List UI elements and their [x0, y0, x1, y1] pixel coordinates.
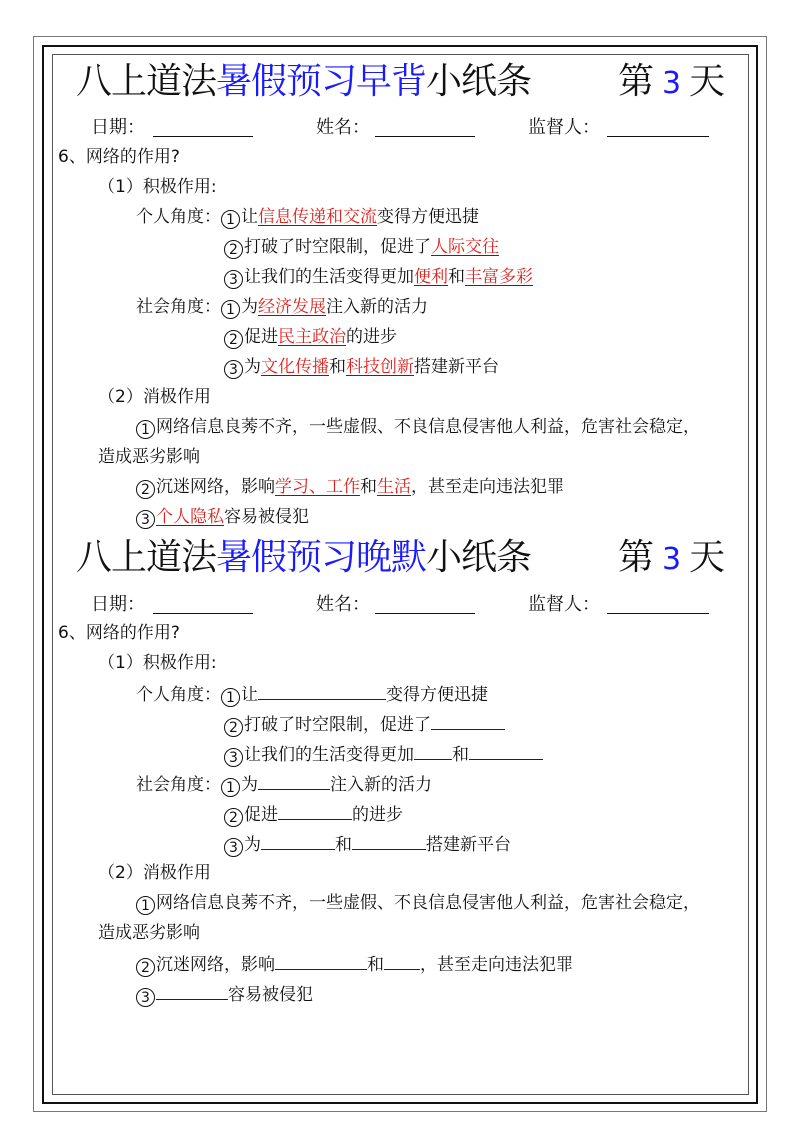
- answer-text: 信息传递和交流: [258, 207, 377, 227]
- circled-number: 2: [136, 958, 155, 977]
- fill-in-blank[interactable]: [278, 801, 352, 820]
- day-number: 3: [662, 542, 681, 577]
- social-item-1: 社会角度：1为注入新的活力: [136, 771, 432, 795]
- circled-number: 3: [224, 748, 243, 767]
- negative-heading: （2）消极作用: [98, 861, 211, 885]
- date-label: 日期：: [91, 593, 145, 617]
- text: 搭建新平台: [414, 357, 499, 377]
- text: 和: [448, 267, 465, 287]
- answer-text: 科技创新: [346, 357, 414, 377]
- circled-number: 2: [224, 808, 243, 827]
- answer-text: 便利: [414, 267, 448, 287]
- social-item-3: 3为和搭建新平台: [224, 831, 511, 855]
- title-suffix: 小纸条: [426, 61, 531, 102]
- answer-text: 文化传播: [261, 357, 329, 377]
- text: ，甚至走向违法犯罪: [420, 955, 573, 975]
- circled-number: 1: [136, 420, 155, 439]
- name-label: 姓名：: [316, 593, 370, 617]
- question-heading: 6、网络的作用?: [58, 145, 180, 169]
- text: 网络信息良莠不齐，一些虚假、不良信息侵害他人利益，危害社会稳定，: [156, 893, 700, 913]
- negative-item-1-cont: 造成恶劣影响: [98, 921, 200, 945]
- fill-in-blank[interactable]: [414, 741, 452, 760]
- morning-title: 八上道法暑假预习早背小纸条: [76, 60, 531, 104]
- name-field[interactable]: [375, 136, 475, 137]
- morning-day-counter: 第3天: [618, 60, 725, 104]
- text: 打破了时空限制，促进了: [244, 237, 431, 257]
- text: 网络信息良莠不齐，一些虚假、不良信息侵害他人利益，危害社会稳定，: [156, 417, 700, 437]
- evening-title: 八上道法暑假预习晚默小纸条: [76, 536, 531, 580]
- negative-heading: （2）消极作用: [98, 385, 211, 409]
- text: 容易被侵犯: [224, 507, 309, 527]
- negative-item-3: 3个人隐私容易被侵犯: [136, 505, 309, 529]
- title-prefix: 八上道法: [76, 537, 216, 578]
- fill-in-blank[interactable]: [469, 741, 543, 760]
- fill-in-blank[interactable]: [258, 681, 386, 700]
- text: 沉迷网络，影响: [156, 477, 275, 497]
- supervisor-field[interactable]: [607, 136, 709, 137]
- text: 为: [241, 775, 258, 795]
- circled-number: 1: [221, 688, 240, 707]
- text: 和: [329, 357, 346, 377]
- date-label: 日期：: [91, 116, 145, 140]
- positive-heading: （1）积极作用:: [98, 175, 217, 199]
- question-heading: 6、网络的作用?: [58, 621, 180, 645]
- circled-number: 1: [221, 778, 240, 797]
- social-item-3: 3为文化传播和科技创新搭建新平台: [224, 355, 499, 379]
- answer-text: 个人隐私: [156, 507, 224, 527]
- personal-item-1: 个人角度：1让变得方便迅捷: [136, 681, 488, 705]
- text: 的进步: [346, 327, 397, 347]
- text: 让: [241, 207, 258, 227]
- fill-in-blank[interactable]: [156, 981, 228, 1000]
- text: 促进: [244, 805, 278, 825]
- personal-item-1: 个人角度：1让信息传递和交流变得方便迅捷: [136, 205, 479, 229]
- answer-text: 人际交往: [431, 237, 499, 257]
- circled-number: 3: [224, 838, 243, 857]
- supervisor-label: 监督人：: [528, 593, 600, 617]
- text: 让我们的生活变得更加: [244, 267, 414, 287]
- text: 变得方便迅捷: [386, 685, 488, 705]
- circled-number: 3: [224, 360, 243, 379]
- fill-in-blank[interactable]: [275, 951, 367, 970]
- circled-number: 2: [224, 240, 243, 259]
- answer-text: 经济发展: [258, 297, 326, 317]
- date-field[interactable]: [153, 136, 253, 137]
- day-prefix: 第: [618, 61, 654, 102]
- day-suffix: 天: [689, 61, 725, 102]
- negative-item-1-cont: 造成恶劣影响: [98, 445, 200, 469]
- text: 为: [244, 357, 261, 377]
- circled-number: 1: [221, 300, 240, 319]
- answer-text: 生活: [377, 477, 411, 497]
- circled-number: 1: [221, 210, 240, 229]
- fill-in-blank[interactable]: [384, 951, 420, 970]
- title-prefix: 八上道法: [76, 61, 216, 102]
- supervisor-field[interactable]: [607, 613, 709, 614]
- name-label: 姓名：: [316, 116, 370, 140]
- negative-item-1: 1网络信息良莠不齐，一些虚假、不良信息侵害他人利益，危害社会稳定，: [136, 891, 700, 915]
- text: 让: [241, 685, 258, 705]
- social-label: 社会角度：: [136, 775, 221, 795]
- supervisor-label: 监督人：: [528, 116, 600, 140]
- text: 沉迷网络，影响: [156, 955, 275, 975]
- title-highlight: 暑假预习晚默: [216, 537, 426, 578]
- title-suffix: 小纸条: [426, 537, 531, 578]
- day-suffix: 天: [689, 537, 725, 578]
- text: 让我们的生活变得更加: [244, 745, 414, 765]
- personal-item-3: 3让我们的生活变得更加便利和丰富多彩: [224, 265, 533, 289]
- fill-in-blank[interactable]: [431, 711, 505, 730]
- circled-number: 1: [136, 896, 155, 915]
- date-field[interactable]: [153, 613, 253, 614]
- evening-day-counter: 第3天: [618, 536, 725, 580]
- text: 变得方便迅捷: [377, 207, 479, 227]
- negative-item-2: 2沉迷网络，影响学习、工作和生活，甚至走向违法犯罪: [136, 475, 564, 499]
- text: ，甚至走向违法犯罪: [411, 477, 564, 497]
- personal-item-2: 2打破了时空限制，促进了人际交往: [224, 235, 499, 259]
- personal-item-3: 3让我们的生活变得更加和: [224, 741, 543, 765]
- answer-text: 学习、工作: [275, 477, 360, 497]
- social-item-2: 2促进的进步: [224, 801, 403, 825]
- negative-item-1: 1网络信息良莠不齐，一些虚假、不良信息侵害他人利益，危害社会稳定，: [136, 415, 700, 439]
- text: 容易被侵犯: [228, 985, 313, 1005]
- negative-item-2: 2沉迷网络，影响和，甚至走向违法犯罪: [136, 951, 573, 975]
- circled-number: 2: [136, 480, 155, 499]
- personal-label: 个人角度：: [136, 207, 221, 227]
- personal-item-2: 2打破了时空限制，促进了: [224, 711, 505, 735]
- text: 为: [244, 835, 261, 855]
- positive-heading: （1）积极作用:: [98, 651, 217, 675]
- circled-number: 2: [224, 330, 243, 349]
- day-prefix: 第: [618, 537, 654, 578]
- text: 促进: [244, 327, 278, 347]
- text: 注入新的活力: [330, 775, 432, 795]
- fill-in-blank[interactable]: [261, 831, 335, 850]
- personal-label: 个人角度：: [136, 685, 221, 705]
- text: 搭建新平台: [426, 835, 511, 855]
- text: 注入新的活力: [326, 297, 428, 317]
- social-item-2: 2促进民主政治的进步: [224, 325, 397, 349]
- text: 打破了时空限制，促进了: [244, 715, 431, 735]
- answer-text: 民主政治: [278, 327, 346, 347]
- negative-item-3: 3容易被侵犯: [136, 981, 313, 1005]
- answer-text: 丰富多彩: [465, 267, 533, 287]
- day-number: 3: [662, 66, 681, 101]
- text: 和: [335, 835, 352, 855]
- text: 和: [452, 745, 469, 765]
- social-label: 社会角度：: [136, 297, 221, 317]
- fill-in-blank[interactable]: [258, 771, 330, 790]
- name-field[interactable]: [375, 613, 475, 614]
- circled-number: 3: [136, 510, 155, 529]
- text: 为: [241, 297, 258, 317]
- title-highlight: 暑假预习早背: [216, 61, 426, 102]
- circled-number: 3: [224, 270, 243, 289]
- circled-number: 3: [136, 988, 155, 1007]
- text: 和: [367, 955, 384, 975]
- text: 的进步: [352, 805, 403, 825]
- fill-in-blank[interactable]: [352, 831, 426, 850]
- text: 和: [360, 477, 377, 497]
- circled-number: 2: [224, 718, 243, 737]
- social-item-1: 社会角度：1为经济发展注入新的活力: [136, 295, 428, 319]
